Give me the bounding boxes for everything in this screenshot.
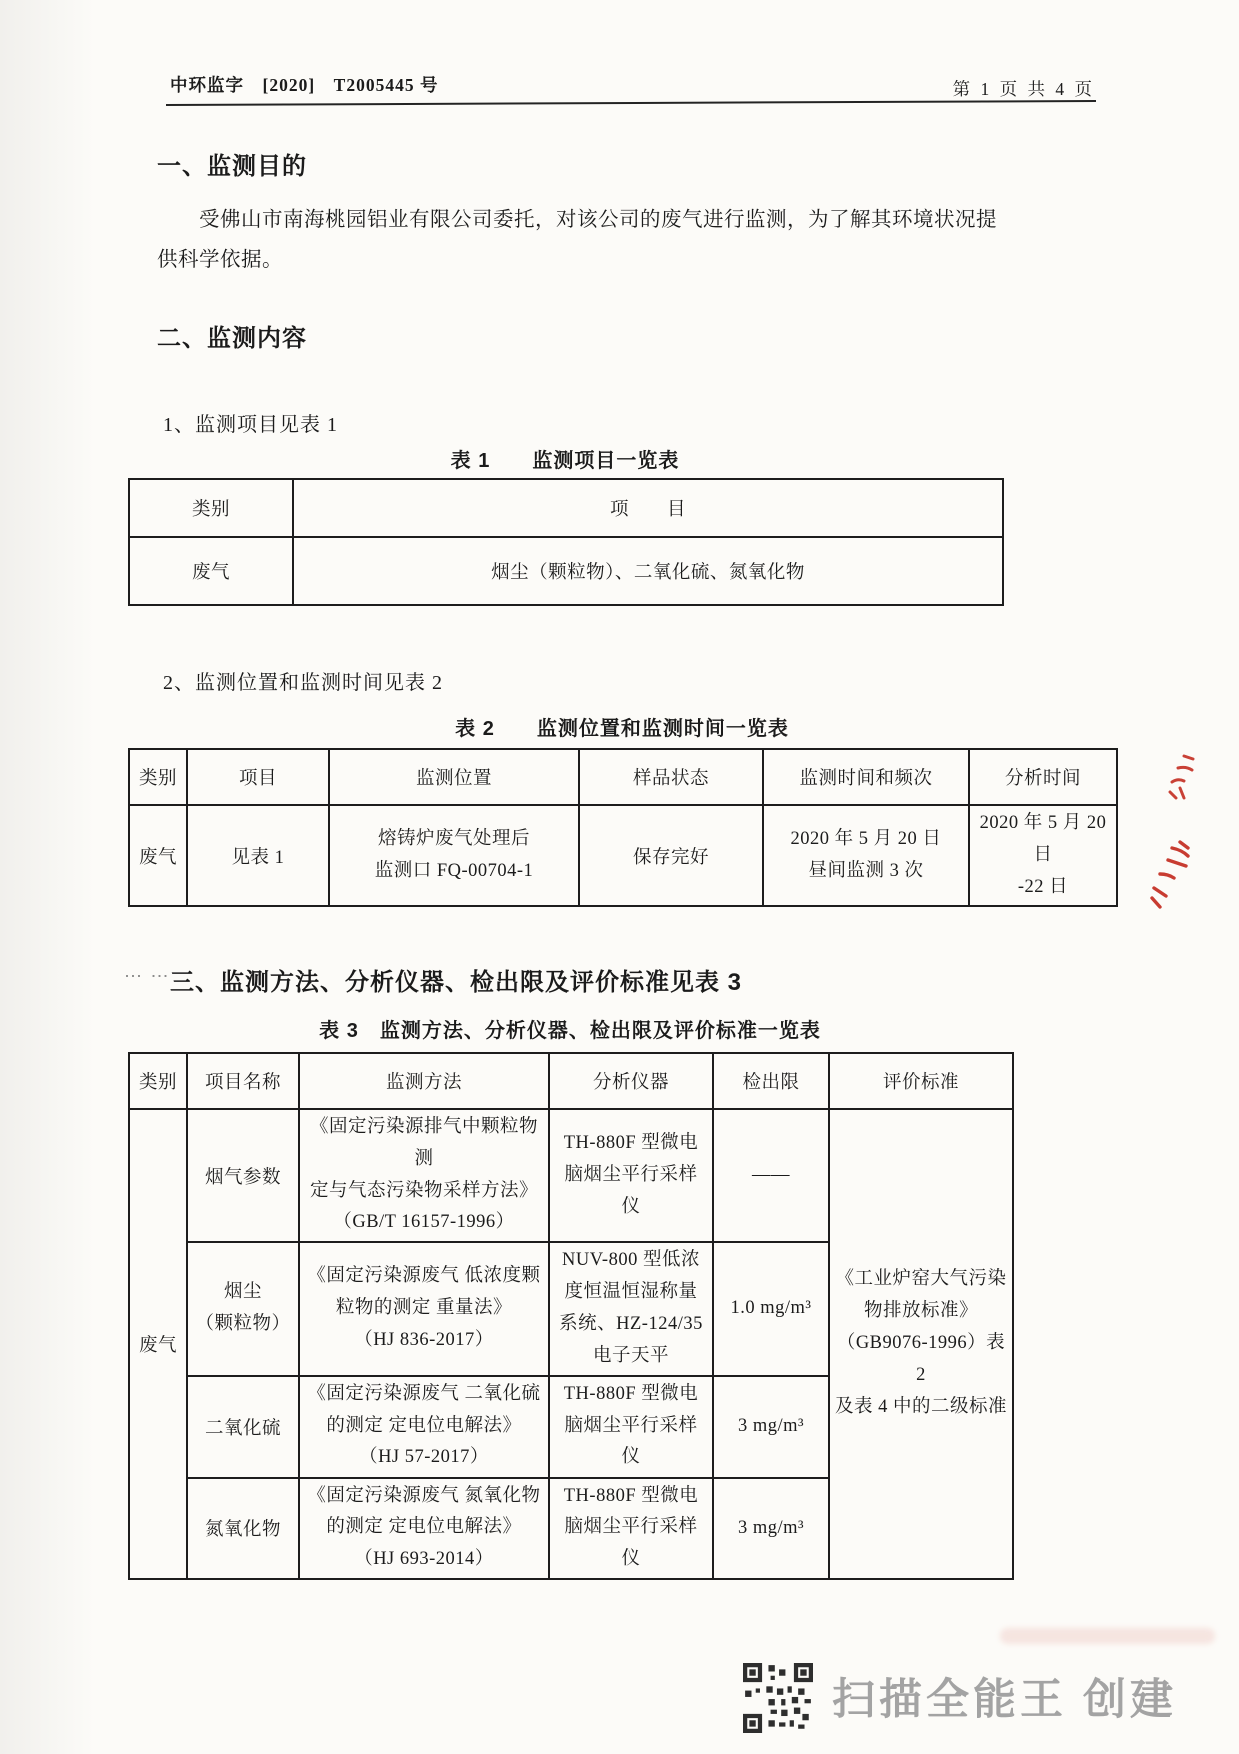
table2-cell-location-text: 熔铸炉废气处理后 监测口 FQ-00704-1 [375, 824, 534, 888]
table2-header-location: 监测位置 [329, 749, 579, 805]
table3-caption: 表 3 监测方法、分析仪器、检出限及评价标准一览表 [128, 1014, 1012, 1043]
table3-cell-instrument: TH-880F 型微电 脑烟尘平行采样 仪 [549, 1109, 713, 1242]
table1-header-items: 项 目 [293, 479, 1003, 537]
scanned-document-page: 中环监字 [2020] T2005445 号 第 1 页 共 4 页 一、监测目… [0, 0, 1239, 1754]
table3-cell-method: 《固定污染源废气 氮氧化物 的测定 定电位电解法》 （HJ 693-2014） [299, 1478, 549, 1579]
table2-cell-time-frequency-text: 2020 年 5 月 20 日 昼间监测 3 次 [791, 824, 942, 888]
section2-title: 二、监测内容 [157, 318, 307, 353]
table2-cell-analysis-time-text: 2020 年 5 月 20 日 -22 日 [974, 808, 1112, 903]
table2-cell-time-frequency: 2020 年 5 月 20 日 昼间监测 3 次 [763, 805, 969, 906]
table3-cell-instrument-text: TH-880F 型微电 脑烟尘平行采样 仪 [564, 1481, 699, 1576]
table2-cell-analysis-time: 2020 年 5 月 20 日 -22 日 [969, 805, 1117, 906]
page-number: 第 1 页 共 4 页 [800, 76, 1095, 101]
table2-header-sample-state: 样品状态 [579, 749, 763, 805]
table3-cell-instrument: TH-880F 型微电 脑烟尘平行采样 仪 [549, 1478, 713, 1579]
table3-methods-instruments: 类别 项目名称 监测方法 分析仪器 检出限 评价标准 废气 烟气参数 《固定污染… [128, 1052, 1014, 1580]
table3-header-standard: 评价标准 [829, 1053, 1013, 1109]
table1-cell-category: 废气 [129, 537, 293, 605]
table2-cell-category: 废气 [129, 805, 187, 906]
table3-cell-item-name: 氮氧化物 [187, 1478, 299, 1579]
table2-header-analysis-time: 分析时间 [969, 749, 1117, 805]
section2-item2: 2、监测位置和监测时间见表 2 [163, 666, 443, 695]
table2-data-row: 废气 见表 1 熔铸炉废气处理后 监测口 FQ-00704-1 保存完好 202… [129, 805, 1117, 906]
table3-header-category: 类别 [129, 1053, 187, 1109]
table3-cell-detection-limit: —— [713, 1109, 829, 1242]
table3-cell-item-name: 烟尘 （颗粒物） [187, 1242, 299, 1375]
table2-location-time: 类别 项目 监测位置 样品状态 监测时间和频次 分析时间 废气 见表 1 熔铸炉… [128, 748, 1118, 907]
document-number: 中环监字 [2020] T2005445 号 [170, 72, 438, 97]
section3-title: 三、监测方法、分析仪器、检出限及评价标准见表 3 [170, 962, 742, 997]
table3-cell-method-text: 《固定污染源排气中颗粒物测 定与气态污染物采样方法》 （GB/T 16157-1… [304, 1112, 544, 1239]
table3-cell-item-name-text: 烟尘 （颗粒物） [195, 1277, 290, 1341]
table2-cell-project: 见表 1 [187, 805, 329, 906]
section1-title: 一、监测目的 [157, 146, 307, 181]
qr-code-icon [743, 1662, 813, 1734]
table3-cell-category: 废气 [129, 1109, 187, 1579]
table3-cell-detection-limit: 3 mg/m³ [713, 1376, 829, 1478]
table3-cell-item-name: 二氧化硫 [187, 1376, 299, 1478]
table3-cell-instrument: TH-880F 型微电 脑烟尘平行采样 仪 [549, 1376, 713, 1478]
table3-header-method: 监测方法 [299, 1053, 549, 1109]
table3-cell-method-text: 《固定污染源废气 低浓度颗 粒物的测定 重量法》 （HJ 836-2017） [307, 1261, 540, 1356]
red-stamp-fragment-bottom [1146, 838, 1196, 910]
table3-cell-standard-text: 《工业炉窑大气污染 物排放标准》 （GB9076-1996）表 2 及表 4 中… [834, 1264, 1008, 1423]
table3-cell-method: 《固定污染源废气 低浓度颗 粒物的测定 重量法》 （HJ 836-2017） [299, 1242, 549, 1375]
table2-caption: 表 2 监测位置和监测时间一览表 [128, 712, 1116, 741]
section2-item1: 1、监测项目见表 1 [163, 408, 338, 437]
table3-cell-detection-limit: 1.0 mg/m³ [713, 1242, 829, 1375]
table1-data-row: 废气 烟尘（颗粒物）、二氧化硫、氮氧化物 [129, 537, 1003, 605]
table2-header-time-frequency: 监测时间和频次 [763, 749, 969, 805]
table3-cell-instrument-text: NUV-800 型低浓 度恒温恒湿称量 系统、HZ-124/35 电子天平 [559, 1245, 703, 1372]
scan-smudge [1000, 1628, 1215, 1644]
table3-cell-method: 《固定污染源排气中颗粒物测 定与气态污染物采样方法》 （GB/T 16157-1… [299, 1109, 549, 1242]
table3-header-item-name: 项目名称 [187, 1053, 299, 1109]
camscanner-watermark: 扫描全能王 创建 [832, 1666, 1177, 1727]
table3-cell-method: 《固定污染源废气 二氧化硫 的测定 定电位电解法》 （HJ 57-2017） [299, 1376, 549, 1478]
table3-header-detection-limit: 检出限 [713, 1053, 829, 1109]
table3-cell-instrument-text: TH-880F 型微电 脑烟尘平行采样 仪 [564, 1379, 699, 1474]
table3-cell-method-text: 《固定污染源废气 二氧化硫 的测定 定电位电解法》 （HJ 57-2017） [307, 1379, 540, 1474]
table3-cell-standard: 《工业炉窑大气污染 物排放标准》 （GB9076-1996）表 2 及表 4 中… [829, 1109, 1013, 1579]
table2-cell-sample-state: 保存完好 [579, 805, 763, 906]
table3-cell-detection-limit: 3 mg/m³ [713, 1478, 829, 1579]
table3-header-instrument: 分析仪器 [549, 1053, 713, 1109]
scan-artifact-dots: ⋯ ⋯ [124, 966, 171, 987]
table3-cell-item-name: 烟气参数 [187, 1109, 299, 1242]
red-stamp-fragment-top [1154, 752, 1198, 814]
header-divider [166, 100, 1096, 106]
table3-cell-method-text: 《固定污染源废气 氮氧化物 的测定 定电位电解法》 （HJ 693-2014） [307, 1481, 540, 1576]
table2-header-project: 项目 [187, 749, 329, 805]
table1-cell-items: 烟尘（颗粒物）、二氧化硫、氮氧化物 [293, 537, 1003, 605]
table1-caption: 表 1 监测项目一览表 [128, 444, 1002, 473]
table3-header-row: 类别 项目名称 监测方法 分析仪器 检出限 评价标准 [129, 1053, 1013, 1109]
table1-monitoring-items: 类别 项 目 废气 烟尘（颗粒物）、二氧化硫、氮氧化物 [128, 478, 1004, 606]
section1-paragraph: 受佛山市南海桃园铝业有限公司委托，对该公司的废气进行监测，为了解其环境状况提供科… [157, 200, 1002, 280]
table2-header-category: 类别 [129, 749, 187, 805]
table3-cell-instrument-text: TH-880F 型微电 脑烟尘平行采样 仪 [564, 1128, 699, 1223]
table1-header-row: 类别 项 目 [129, 479, 1003, 537]
table3-cell-instrument: NUV-800 型低浓 度恒温恒湿称量 系统、HZ-124/35 电子天平 [549, 1242, 713, 1375]
table3-row-flue-gas-params: 废气 烟气参数 《固定污染源排气中颗粒物测 定与气态污染物采样方法》 （GB/T… [129, 1109, 1013, 1242]
table1-header-category: 类别 [129, 479, 293, 537]
table2-cell-location: 熔铸炉废气处理后 监测口 FQ-00704-1 [329, 805, 579, 906]
table2-header-row: 类别 项目 监测位置 样品状态 监测时间和频次 分析时间 [129, 749, 1117, 805]
